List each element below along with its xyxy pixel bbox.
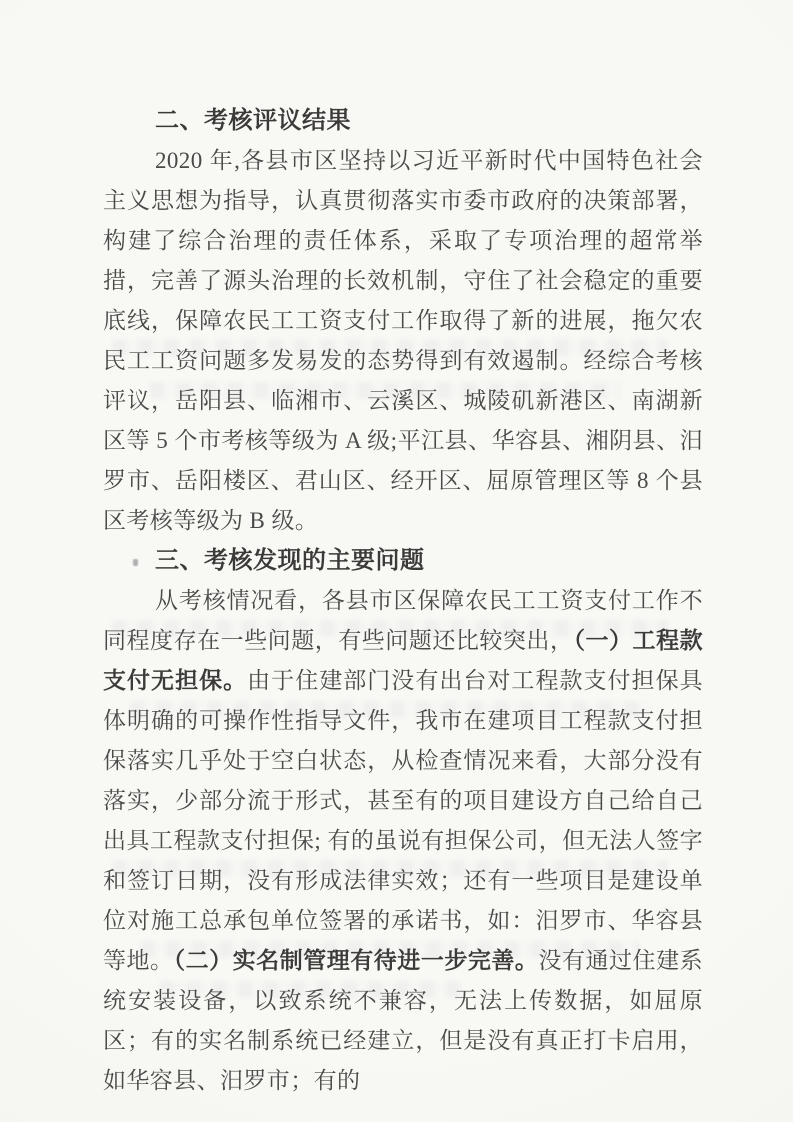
paragraph-run: 2020 年,各县市区坚持以习近平新时代中国特色社会主义思想为指导，认真贯彻落实…	[103, 148, 703, 533]
paragraph-main-problems: 从考核情况看，各县市区保障农民工工资支付工作不同程度存在一些问题，有些问题还比较…	[103, 581, 703, 1101]
section-heading-evaluation-results: 二、考核评议结果	[103, 101, 703, 141]
paragraph-run: 由于住建部门没有出台对工程款支付担保具体明确的可操作性指导文件，我市在建项目工程…	[103, 668, 703, 973]
document-content: 二、考核评议结果 2020 年,各县市区坚持以习近平新时代中国特色社会主义思想为…	[103, 101, 703, 1101]
section-heading-main-problems: 三、考核发现的主要问题	[103, 541, 703, 581]
paragraph-evaluation-results: 2020 年,各县市区坚持以习近平新时代中国特色社会主义思想为指导，认真贯彻落实…	[103, 141, 703, 541]
scanned-document-page: 二、考核评议结果 2020 年,各县市区坚持以习近平新时代中国特色社会主义思想为…	[0, 0, 793, 1122]
paragraph-run-bold-subheading-2: （二）实名制管理有待进一步完善。	[174, 948, 539, 973]
